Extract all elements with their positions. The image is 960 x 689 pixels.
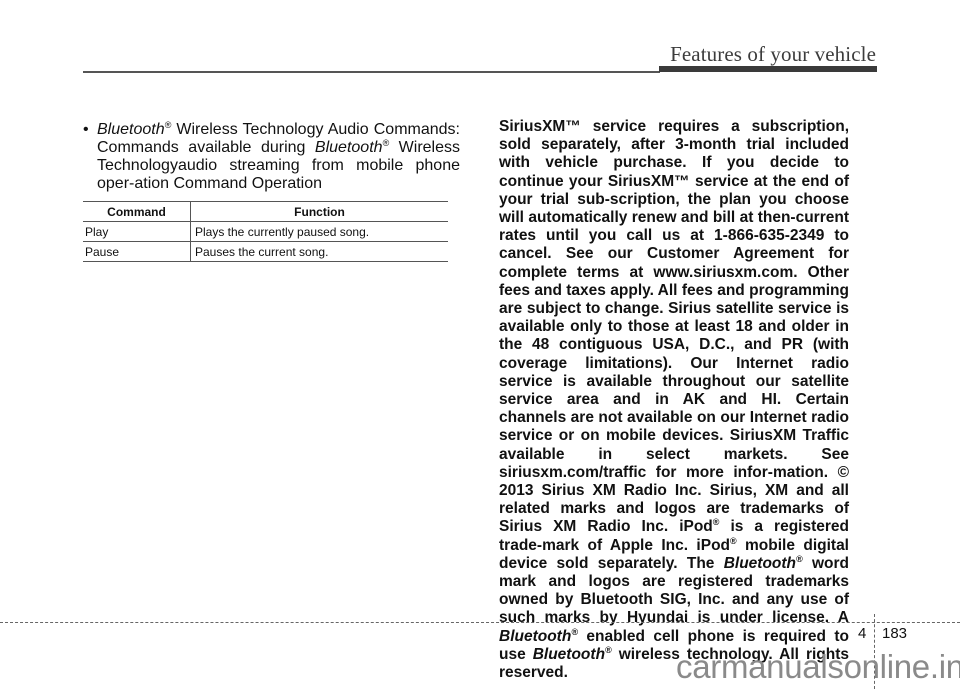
column-header-command: Command <box>83 202 191 222</box>
bluetooth-term: Bluetooth® <box>724 555 803 572</box>
bluetooth-term: Bluetooth® <box>533 646 612 663</box>
siriusxm-disclaimer-paragraph: SiriusXM™ service requires a subscriptio… <box>499 118 849 682</box>
bluetooth-term: Bluetooth® <box>97 121 171 138</box>
header-rule-thick <box>659 66 877 72</box>
column-header-function: Function <box>191 202 449 222</box>
command-cell: Play <box>83 222 191 242</box>
table-row: Pause Pauses the current song. <box>83 242 448 262</box>
page-number: 183 <box>882 625 907 642</box>
chapter-number: 4 <box>858 625 866 642</box>
table-header-row: Command Function <box>83 202 448 222</box>
header-rule-thin <box>83 71 660 73</box>
function-cell: Plays the currently paused song. <box>191 222 449 242</box>
bluetooth-term: Bluetooth® <box>315 139 389 156</box>
left-column: •Bluetooth® Wireless Technology Audio Co… <box>83 121 460 193</box>
bullet-icon: • <box>83 121 97 139</box>
command-cell: Pause <box>83 242 191 262</box>
footer-dashed-rule <box>0 622 960 623</box>
bluetooth-commands-table: Command Function Play Plays the currentl… <box>83 201 448 262</box>
table-row: Play Plays the currently paused song. <box>83 222 448 242</box>
bluetooth-term: Bluetooth® <box>499 628 578 645</box>
bluetooth-commands-paragraph: •Bluetooth® Wireless Technology Audio Co… <box>83 121 460 193</box>
watermark-text: carmanualsonline.info <box>676 648 960 686</box>
section-title: Features of your vehicle <box>670 42 876 67</box>
function-cell: Pauses the current song. <box>191 242 449 262</box>
